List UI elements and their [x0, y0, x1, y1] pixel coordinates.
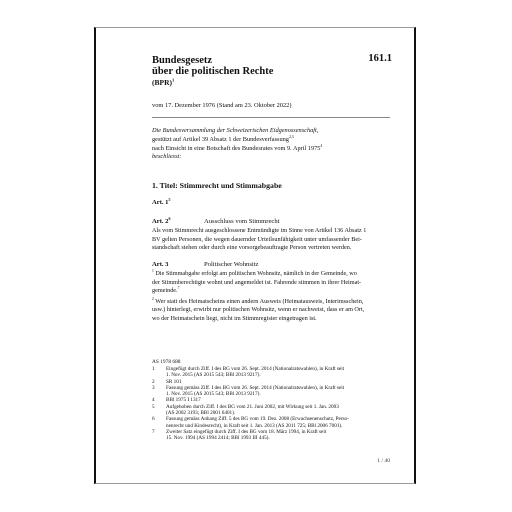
header-divider	[152, 117, 390, 118]
body-line: der Stimmberechtigte wohnt und angemelde…	[152, 279, 392, 288]
body-line: BV gelten Personen, die wegen dauernder …	[152, 236, 392, 245]
body-line: standschaft stehen oder durch eine vorso…	[152, 244, 392, 253]
footnote-text: 15. Nov. 1994 (AS 1994 2414; BBl 1993 II…	[166, 435, 270, 441]
article-title: Ausschluss vom Stimmrecht	[204, 218, 279, 225]
footnote-ref[interactable]: 1	[172, 78, 174, 83]
footnote-ref[interactable]: 4	[320, 144, 322, 148]
preamble-line: beschliesst:	[152, 153, 322, 162]
preamble-line: gestützt auf Artikel 39 Absatz 1 der Bun…	[152, 136, 322, 145]
page-number: 1 / 40	[377, 458, 390, 464]
footnote-ref[interactable]: 7	[178, 286, 180, 290]
body-line: wo der Heimatschein liegt, nicht im Stim…	[152, 315, 392, 324]
preamble: Die Bundesversammlung der Schweizerische…	[152, 127, 322, 162]
sr-number: 161.1	[368, 53, 392, 64]
document-page: 161.1 Bundesgesetz über die politischen …	[94, 27, 416, 484]
title-line-1: Bundesgesetz	[152, 55, 212, 66]
footnote-ref[interactable]: 6	[168, 216, 170, 221]
body-line: gemeinde.7	[152, 287, 392, 296]
body-line: 1 Die Stimmabgabe erfolgt am politischen…	[152, 270, 392, 279]
section-heading: 1. Titel: Stimmrecht und Stimmabgabe	[152, 181, 282, 190]
footnote-line: 15. Nov. 1994 (AS 1994 2414; BBl 1993 II…	[152, 435, 349, 441]
paragraph-number: 1	[152, 269, 154, 273]
preamble-line: Die Bundesversammlung der Schweizerische…	[152, 127, 322, 136]
paragraph-number: 2	[152, 297, 154, 301]
article-label: Art. 3	[152, 261, 168, 268]
article-label: Art. 15	[152, 199, 170, 206]
body-line: 2 Wer statt des Heimatscheins einen ande…	[152, 298, 392, 307]
title-line-2: über die politischen Rechte	[152, 66, 273, 77]
article-label: Art. 26	[152, 218, 170, 225]
preamble-line: nach Einsicht in eine Botschaft des Bund…	[152, 145, 322, 154]
footnote-ref[interactable]: 2,3	[289, 135, 294, 139]
article-paragraph: 1 Die Stimmabgabe erfolgt am politischen…	[152, 270, 392, 296]
article-paragraph: 2 Wer statt des Heimatscheins einen ande…	[152, 298, 392, 324]
body-line: Als vom Stimmrecht ausgeschlossene Entmü…	[152, 227, 392, 236]
abbreviation: (BPR)1	[152, 78, 174, 87]
footnotes: 1Eingefügt durch Ziff. I des BG vom 26. …	[152, 366, 349, 442]
date-line: vom 17. Dezember 1976 (Stand am 23. Okto…	[152, 102, 292, 109]
footnote-number	[152, 435, 166, 441]
article-title: Politischer Wohnsitz	[204, 261, 258, 268]
as-reference: AS 1978 688	[152, 359, 180, 365]
article-body: Als vom Stimmrecht ausgeschlossene Entmü…	[152, 227, 392, 253]
body-line: usw.) hinterlegt, erwirbt nur politische…	[152, 306, 392, 315]
footnote-ref[interactable]: 5	[168, 197, 170, 202]
